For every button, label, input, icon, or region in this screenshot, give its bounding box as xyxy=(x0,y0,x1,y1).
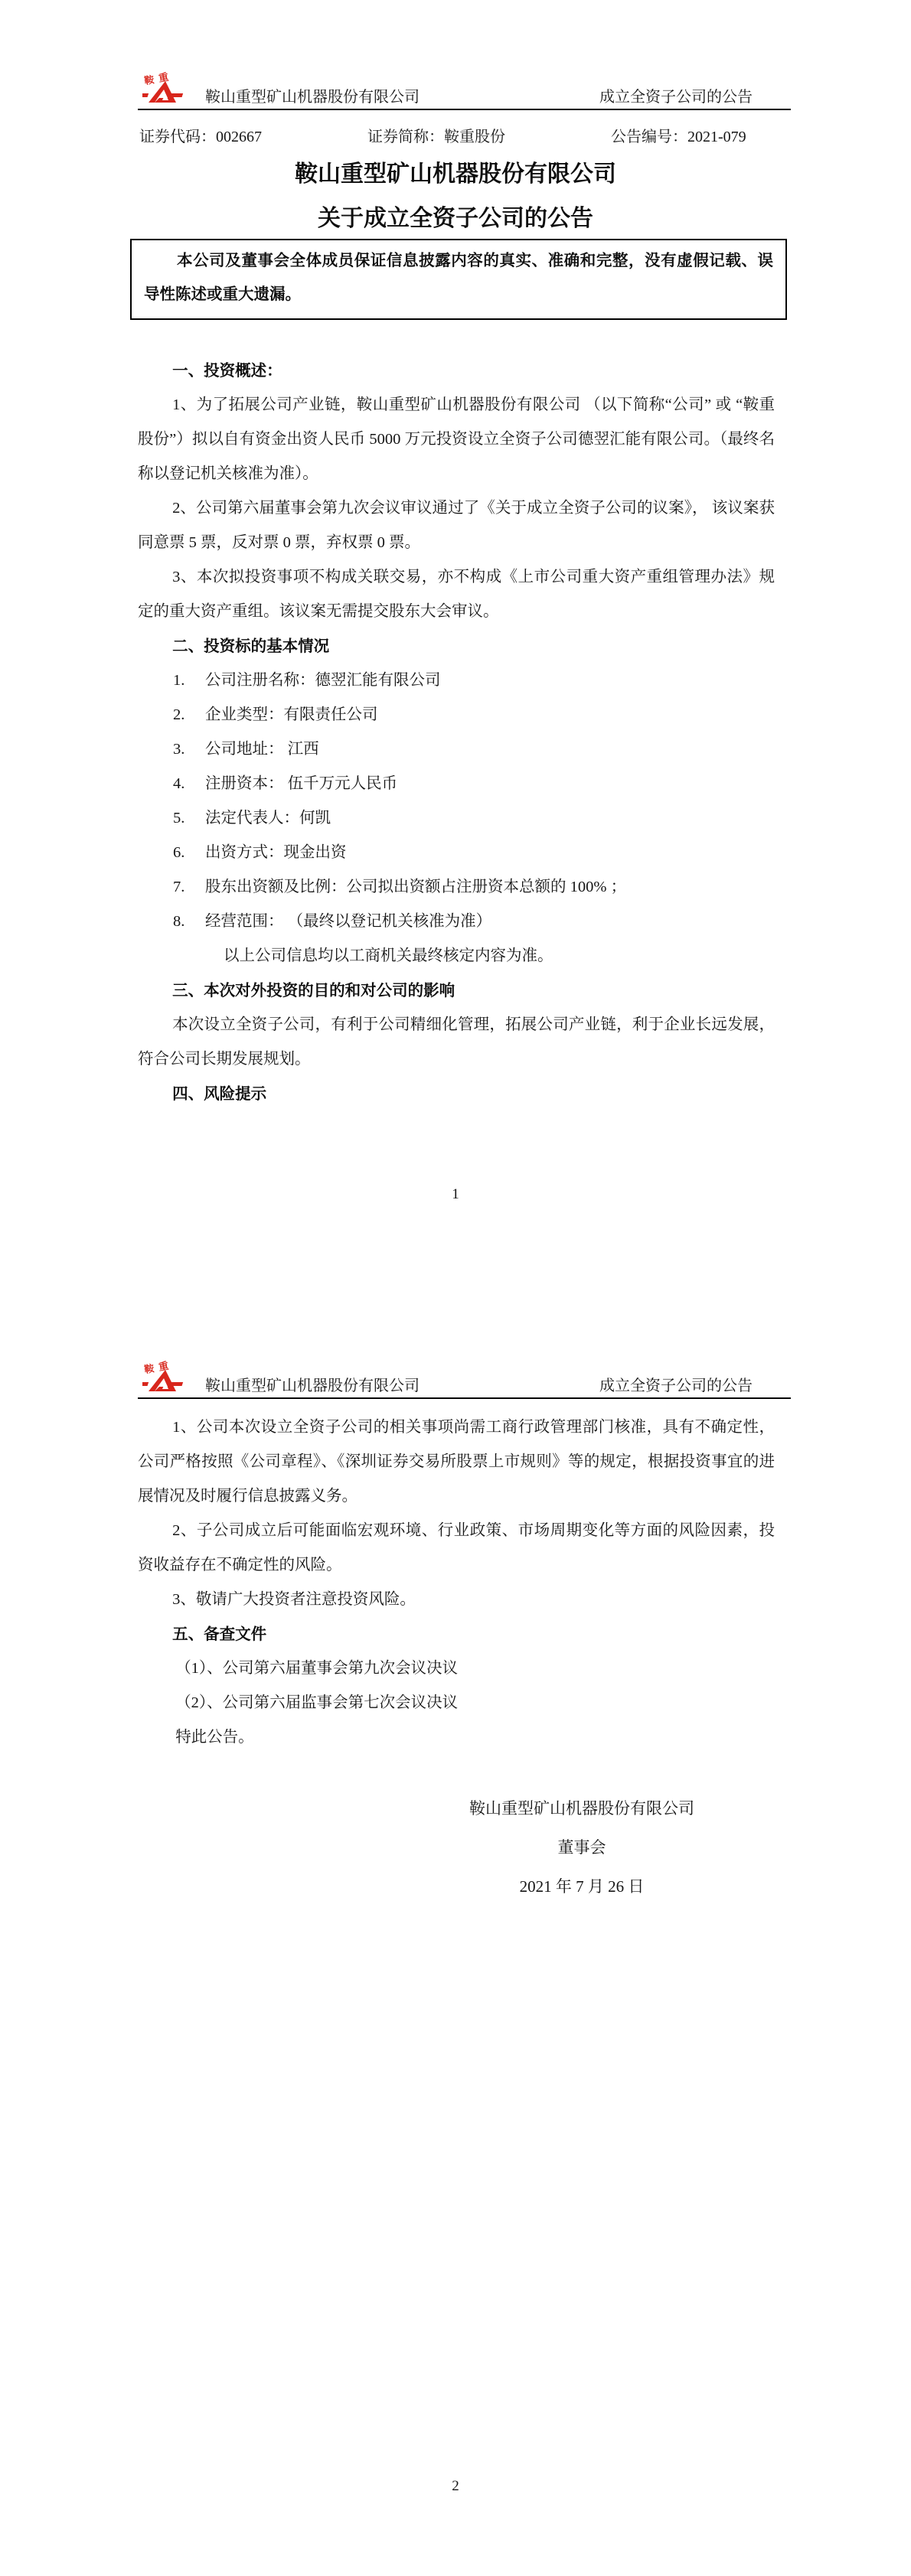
list-item: 4.注册资本： 伍千万元人民币 xyxy=(138,767,775,801)
item-text: 出资方式：现金出资 xyxy=(205,844,347,861)
section5-heading: 五、备查文件 xyxy=(138,1617,775,1652)
paragraph-2-3: 3、敬请广大投资者注意投资风险。 xyxy=(138,1583,775,1617)
paragraph-1-1: 1、为了拓展公司产业链，鞍山重型矿山机器股份有限公司 （以下简称“公司” 或 “… xyxy=(138,388,775,491)
list-item: 7.股东出资额及比例：公司拟出资额占注册资本总额的 100% ； xyxy=(138,870,775,905)
list-item: 5.法定代表人：何凯 xyxy=(138,801,775,836)
announcement-number: 公告编号：2021-079 xyxy=(611,124,746,146)
disclaimer-box: 本公司及董事会全体成员保证信息披露内容的真实、准确和完整，没有虚假记载、误导性陈… xyxy=(130,239,787,320)
company-logo: 鞍重 xyxy=(138,1361,193,1396)
list-item: 2.企业类型：有限责任公司 xyxy=(138,698,775,732)
item-number: 6. xyxy=(173,836,205,870)
item-number: 1. xyxy=(173,664,205,698)
paragraph-2-2: 2、子公司成立后可能面临宏观环境、行业政策、市场周期变化等方面的风险因素，投资收… xyxy=(138,1514,775,1583)
header-doc-title: 成立全资子公司的公告 xyxy=(599,1373,753,1395)
list-item: 3.公司地址： 江西 xyxy=(138,732,775,767)
item-text: 股东出资额及比例：公司拟出资额占注册资本总额的 100% ； xyxy=(205,879,626,895)
page1-body: 一、投资概述： 1、为了拓展公司产业链，鞍山重型矿山机器股份有限公司 （以下简称… xyxy=(138,354,775,1111)
item-number: 5. xyxy=(173,801,205,836)
document-title-line2: 关于成立全资子公司的公告 xyxy=(0,199,911,233)
signature-date: 2021 年 7 月 26 日 xyxy=(417,1867,746,1906)
item-text: 法定代表人：何凯 xyxy=(205,810,331,827)
stock-name: 证券简称：鞍重股份 xyxy=(367,124,505,146)
paragraph-1-4: 本次设立全资子公司，有利于公司精细化管理，拓展公司产业链，利于企业长远发展，符合… xyxy=(138,1008,775,1077)
document-title-line1: 鞍山重型矿山机器股份有限公司 xyxy=(0,155,911,188)
paragraph-2-1: 1、公司本次设立全资子公司的相关事项尚需工商行政管理部门核准，具有不确定性，公司… xyxy=(138,1410,775,1514)
item-number: 3. xyxy=(173,732,205,767)
logo-mark-icon xyxy=(142,80,188,106)
page-number-1: 1 xyxy=(0,1186,911,1203)
logo-mark-icon xyxy=(142,1368,188,1394)
paragraph-1-2: 2、公司第六届董事会第九次会议审议通过了《关于成立全资子公司的议案》， 该议案获… xyxy=(138,491,775,560)
signature-company: 鞍山重型矿山机器股份有限公司 xyxy=(417,1789,746,1828)
item-number: 2. xyxy=(173,698,205,732)
reference-doc-1: （1）、公司第六届董事会第九次会议决议 xyxy=(138,1652,775,1686)
section3-heading: 三、本次对外投资的目的和对公司的影响 xyxy=(138,973,775,1008)
section4-heading: 四、风险提示 xyxy=(138,1077,775,1111)
page-number-2: 2 xyxy=(0,2478,911,2495)
signature-block: 鞍山重型矿山机器股份有限公司 董事会 2021 年 7 月 26 日 xyxy=(417,1789,746,1906)
items-note: 以上公司信息均以工商机关最终核定内容为准。 xyxy=(138,939,775,973)
list-item: 8.经营范围： （最终以登记机关核准为准） xyxy=(138,905,775,939)
info-bar: 证券代码：002667 证券简称：鞍重股份 公告编号：2021-079 xyxy=(138,124,791,145)
item-text: 经营范围： （最终以登记机关核准为准） xyxy=(205,913,491,930)
page2-body: 1、公司本次设立全资子公司的相关事项尚需工商行政管理部门核准，具有不确定性，公司… xyxy=(138,1410,775,1755)
closing-statement: 特此公告。 xyxy=(138,1720,775,1755)
header-doc-title: 成立全资子公司的公告 xyxy=(599,84,753,106)
section2-heading: 二、投资标的基本情况 xyxy=(138,629,775,664)
item-text: 公司地址： 江西 xyxy=(205,741,319,758)
company-logo: 鞍重 xyxy=(138,72,193,107)
stock-code: 证券代码：002667 xyxy=(139,124,262,146)
section1-heading: 一、投资概述： xyxy=(138,354,775,388)
header-company-name: 鞍山重型矿山机器股份有限公司 xyxy=(205,84,420,106)
page1-header: 鞍重 鞍山重型矿山机器股份有限公司 成立全资子公司的公告 xyxy=(138,73,791,110)
header-company-name: 鞍山重型矿山机器股份有限公司 xyxy=(205,1373,420,1395)
disclaimer-text: 本公司及董事会全体成员保证信息披露内容的真实、准确和完整，没有虚假记载、误导性陈… xyxy=(144,244,773,311)
item-number: 4. xyxy=(173,767,205,801)
document-page: { "header": { "logo_text": "鞍重", "compan… xyxy=(0,0,911,2576)
reference-doc-2: （2）、公司第六届监事会第七次会议决议 xyxy=(138,1686,775,1720)
signature-board: 董事会 xyxy=(417,1828,746,1867)
paragraph-1-3: 3、本次拟投资事项不构成关联交易，亦不构成《上市公司重大资产重组管理办法》规定的… xyxy=(138,560,775,629)
list-item: 1.公司注册名称：德翌汇能有限公司 xyxy=(138,664,775,698)
item-number: 8. xyxy=(173,905,205,939)
item-number: 7. xyxy=(173,870,205,905)
item-text: 注册资本： 伍千万元人民币 xyxy=(205,775,397,792)
item-text: 公司注册名称：德翌汇能有限公司 xyxy=(205,672,441,689)
page2-header: 鞍重 鞍山重型矿山机器股份有限公司 成立全资子公司的公告 xyxy=(138,1362,791,1399)
item-text: 企业类型：有限责任公司 xyxy=(205,706,378,723)
list-item: 6.出资方式：现金出资 xyxy=(138,836,775,870)
